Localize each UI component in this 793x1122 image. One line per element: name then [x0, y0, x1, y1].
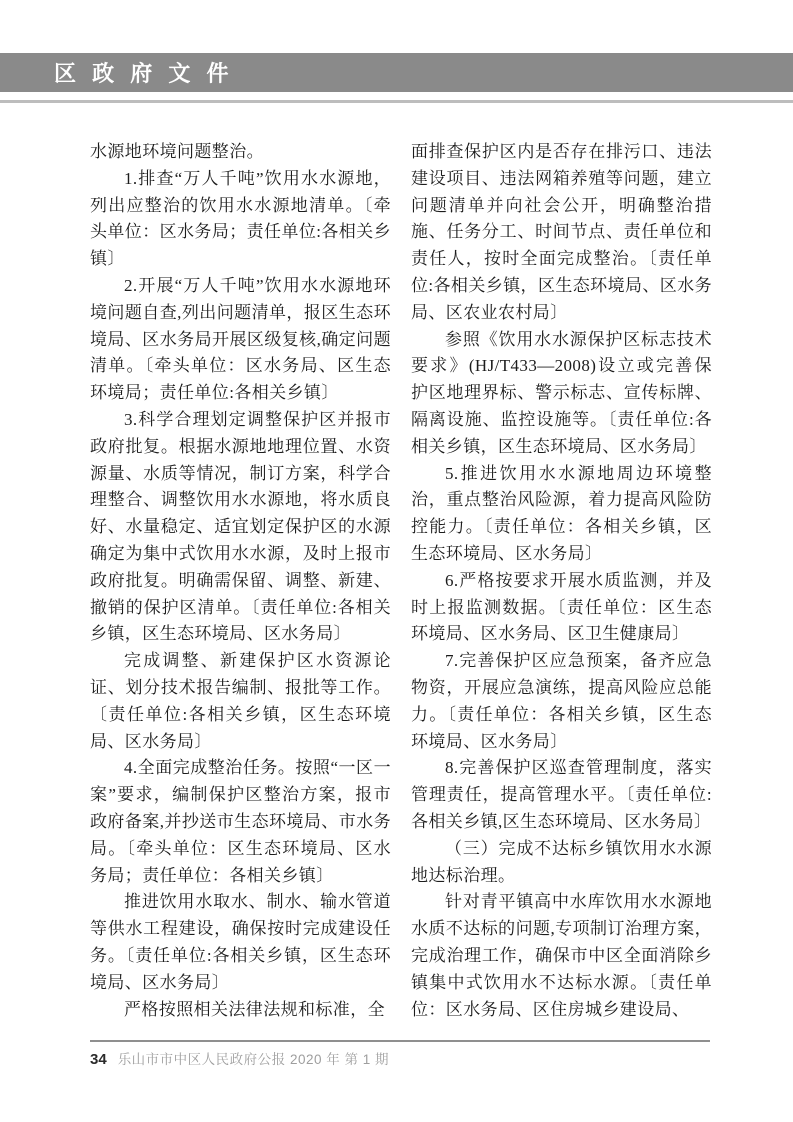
column-left: 水源地环境问题整治。1.排查“万人千吨”饮用水水源地，列出应整治的饮用水水源地清… — [90, 139, 391, 1031]
paragraph: 7.完善保护区应急预案，备齐应急物资，开展应急演练，提高风险应总能力。〔责任单位… — [411, 648, 712, 755]
paragraph: 8.完善保护区巡查管理制度，落实管理责任，提高管理水平。〔责任单位:各相关乡镇,… — [411, 755, 712, 835]
paragraph: 严格按照相关法律法规和标准，全 — [90, 997, 391, 1024]
footer-rule — [90, 1040, 710, 1042]
column-right: 面排查保护区内是否存在排污口、违法建设项目、违法网箱养殖等问题，建立问题清单并向… — [411, 139, 712, 1031]
footer: 34 乐山市市中区人民政府公报 2020 年 第 1 期 — [90, 1048, 710, 1068]
page-number: 34 — [90, 1051, 107, 1068]
paragraph: 针对青平镇高中水库饮用水水源地水质不达标的问题,专项制订治理方案，完成治理工作，… — [411, 889, 712, 1023]
paragraph: 1.排查“万人千吨”饮用水水源地，列出应整治的饮用水水源地清单。〔牵头单位：区水… — [90, 166, 391, 273]
paragraph: 6.严格按要求开展水质监测，并及时上报监测数据。〔责任单位：区生态环境局、区水务… — [411, 568, 712, 648]
header-divider — [0, 100, 793, 103]
paragraph: 推进饮用水取水、制水、输水管道等供水工程建设，确保按时完成建设任务。〔责任单位:… — [90, 889, 391, 996]
paragraph: 面排查保护区内是否存在排污口、违法建设项目、违法网箱养殖等问题，建立问题清单并向… — [411, 139, 712, 327]
gazette-title: 乐山市市中区人民政府公报 2020 年 第 1 期 — [118, 1048, 389, 1068]
paragraph: 4.全面完成整治任务。按照“一区一案”要求，编制保护区整治方案，报市政府备案,并… — [90, 755, 391, 889]
paragraph: 5.推进饮用水水源地周边环境整治，重点整治风险源，着力提高风险防控能力。〔责任单… — [411, 461, 712, 568]
paragraph: （三）完成不达标乡镇饮用水水源地达标治理。 — [411, 836, 712, 890]
header-banner: 区 政 府 文 件 — [0, 53, 793, 92]
document-body: 水源地环境问题整治。1.排查“万人千吨”饮用水水源地，列出应整治的饮用水水源地清… — [90, 139, 712, 1031]
paragraph: 水源地环境问题整治。 — [90, 139, 391, 166]
paragraph: 3.科学合理划定调整保护区并报市政府批复。根据水源地地理位置、水资源量、水质等情… — [90, 407, 391, 648]
paragraph: 2.开展“万人千吨”饮用水水源地环境问题自查,列出问题清单，报区生态环境局、区水… — [90, 273, 391, 407]
paragraph: 参照《饮用水水源保护区标志技术要求》(HJ/T433—2008)设立或完善保护区… — [411, 327, 712, 461]
page: { "header": { "banner_title": "区 政 府 文 件… — [0, 0, 793, 1122]
paragraph: 完成调整、新建保护区水资源论证、划分技术报告编制、报批等工作。〔责任单位:各相关… — [90, 648, 391, 755]
banner-title: 区 政 府 文 件 — [0, 57, 233, 88]
